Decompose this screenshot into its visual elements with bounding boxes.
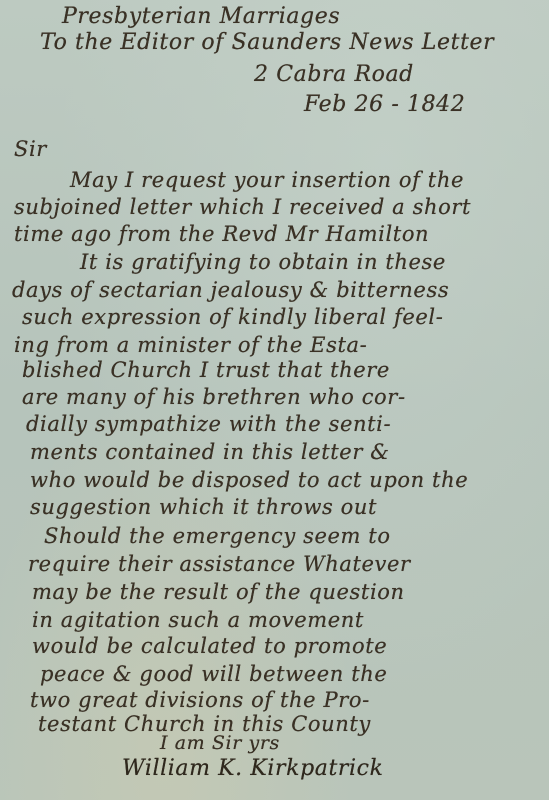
letter-closing: I am Sir yrs [160, 732, 280, 754]
letter-title: Presbyterian Marriages [62, 4, 340, 29]
body-line: who would be disposed to act upon the [30, 468, 468, 492]
body-line: time ago from the Revd Mr Hamilton [14, 222, 429, 246]
body-line: days of sectarian jealousy & bitterness [12, 278, 449, 302]
body-line: subjoined letter which I received a shor… [14, 195, 471, 219]
body-line: ing from a minister of the Esta- [14, 333, 367, 357]
body-line: may be the result of the question [32, 580, 405, 604]
body-line: in agitation such a movement [32, 608, 364, 632]
body-line: suggestion which it throws out [30, 495, 377, 519]
body-line: require their assistance Whatever [28, 552, 411, 576]
letter-salutation: Sir [14, 137, 47, 161]
body-line: May I request your insertion of the [70, 168, 464, 192]
body-line: would be calculated to promote [32, 634, 387, 658]
body-line: ments contained in this letter & [30, 440, 390, 464]
body-line: It is gratifying to obtain in these [80, 250, 446, 274]
body-line: blished Church I trust that there [22, 358, 390, 382]
letter-page: Presbyterian Marriages To the Editor of … [0, 0, 549, 800]
letter-address: 2 Cabra Road [254, 62, 414, 87]
letter-signature: William K. Kirkpatrick [122, 756, 384, 781]
body-line: peace & good will between the [40, 662, 387, 686]
letter-date: Feb 26 - 1842 [304, 92, 465, 117]
body-line: Should the emergency seem to [44, 524, 391, 548]
letter-addressee: To the Editor of Saunders News Letter [40, 30, 494, 55]
body-line: dially sympathize with the senti- [26, 412, 391, 436]
body-line: such expression of kindly liberal feel- [22, 305, 443, 329]
body-line: two great divisions of the Pro- [30, 688, 370, 712]
body-line: are many of his brethren who cor- [22, 385, 406, 409]
